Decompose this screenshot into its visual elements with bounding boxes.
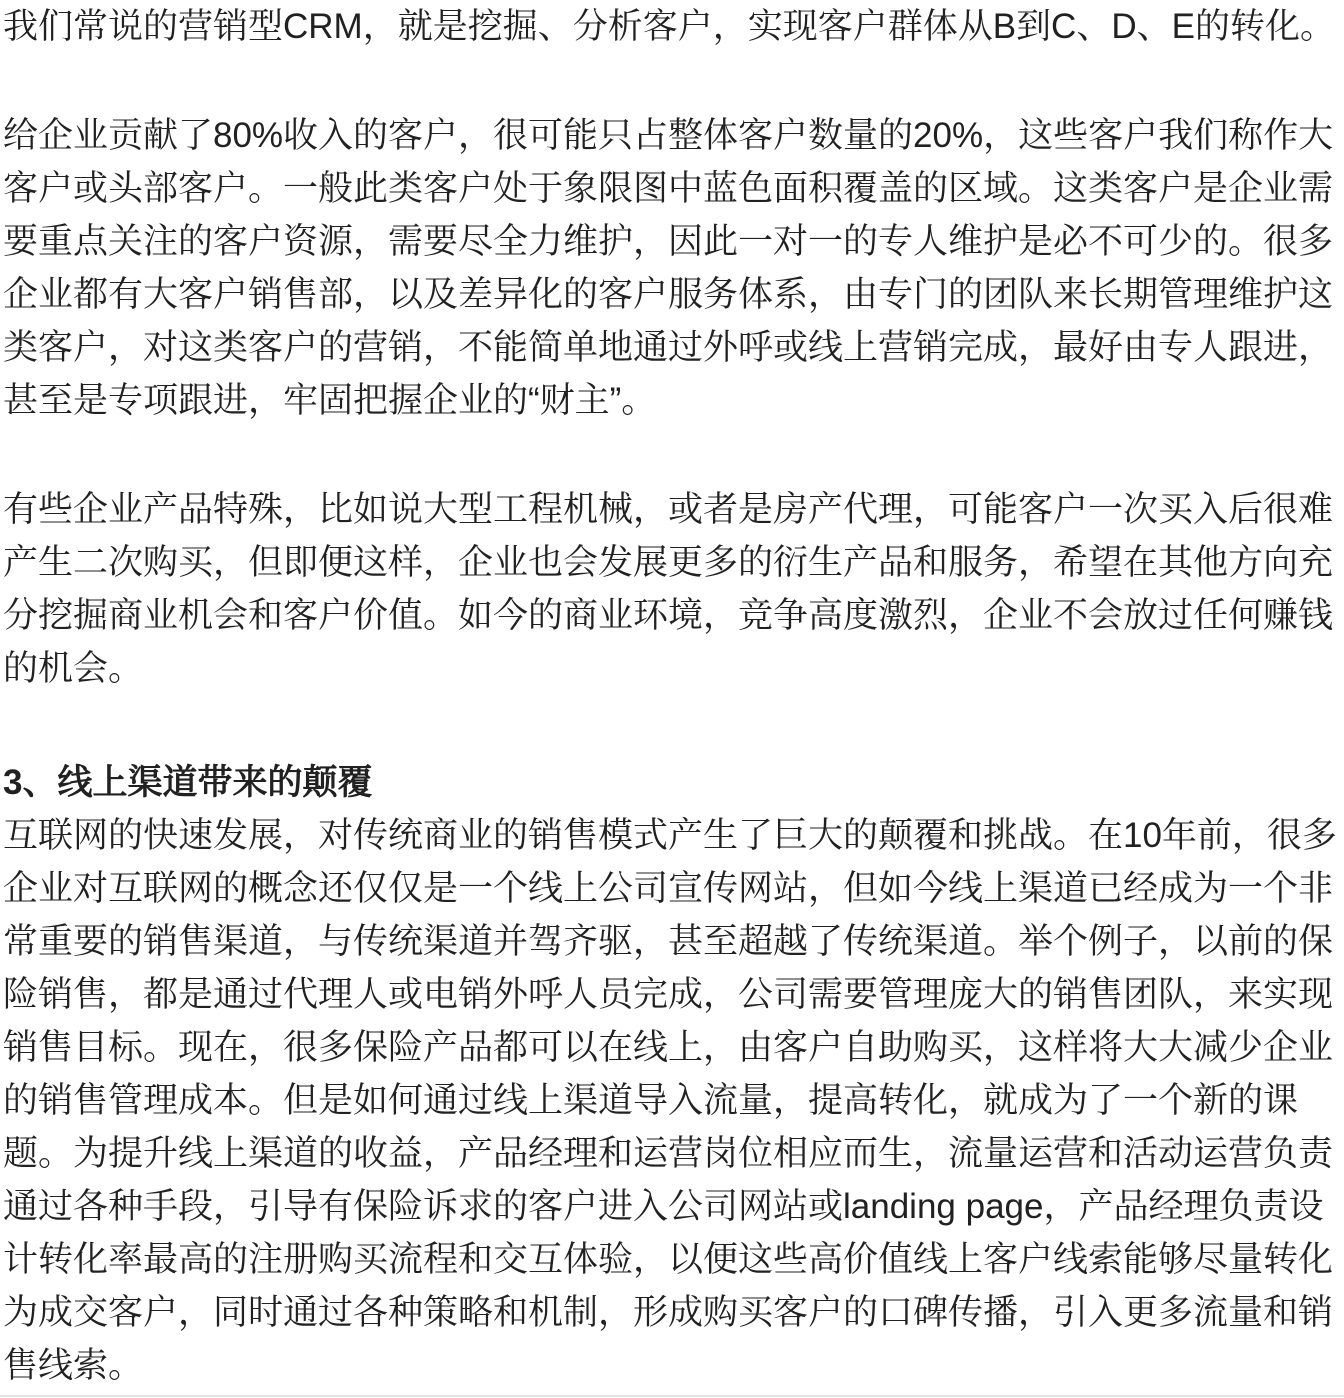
- text-line: 要重点关注的客户资源，需要尽全力维护，因此一对一的专人维护是必不可少的。很多: [3, 215, 1341, 268]
- text-line: 的机会。: [3, 642, 1341, 695]
- text-line: 计转化率最高的注册购买流程和交互体验，以便这些高价值线上客户线索能够尽量转化: [3, 1233, 1341, 1286]
- text-line: 类客户，对这类客户的营销，不能简单地通过外呼或线上营销完成，最好由专人跟进，: [3, 321, 1341, 374]
- paragraph: 有些企业产品特殊，比如说大型工程机械，或者是房产代理，可能客户一次买入后很难产生…: [3, 483, 1341, 695]
- text-line: 有些企业产品特殊，比如说大型工程机械，或者是房产代理，可能客户一次买入后很难: [3, 483, 1341, 536]
- text-line: 互联网的快速发展，对传统商业的销售模式产生了巨大的颠覆和挑战。在10年前，很多: [3, 809, 1341, 862]
- article-body: 我们常说的营销型CRM，就是挖掘、分析客户，实现客户群体从B到C、D、E的转化。…: [0, 0, 1344, 1392]
- paragraph: 我们常说的营销型CRM，就是挖掘、分析客户，实现客户群体从B到C、D、E的转化。: [3, 0, 1341, 53]
- text-line: 险销售，都是通过代理人或电销外呼人员完成，公司需要管理庞大的销售团队，来实现: [3, 968, 1341, 1021]
- text-line: 常重要的销售渠道，与传统渠道并驾齐驱，甚至超越了传统渠道。举个例子，以前的保: [3, 915, 1341, 968]
- text-line: 分挖掘商业机会和客户价值。如今的商业环境，竞争高度激烈，企业不会放过任何赚钱: [3, 589, 1341, 642]
- text-line: 我们常说的营销型CRM，就是挖掘、分析客户，实现客户群体从B到C、D、E的转化。: [3, 0, 1341, 53]
- text-line: 题。为提升线上渠道的收益，产品经理和运营岗位相应而生，流量运营和活动运营负责: [3, 1127, 1341, 1180]
- bottom-divider: [0, 1395, 1344, 1397]
- text-line: 企业都有大客户销售部，以及差异化的客户服务体系，由专门的团队来长期管理维护这: [3, 268, 1341, 321]
- paragraph: 给企业贡献了80%收入的客户，很可能只占整体客户数量的20%，这些客户我们称作大…: [3, 109, 1341, 427]
- section-heading: 3、线上渠道带来的颠覆: [3, 756, 1341, 809]
- text-line: 售线索。: [3, 1339, 1341, 1392]
- text-line: 企业对互联网的概念还仅仅是一个线上公司宣传网站，但如今线上渠道已经成为一个非: [3, 862, 1341, 915]
- text-line: 为成交客户，同时通过各种策略和机制，形成购买客户的口碑传播，引入更多流量和销: [3, 1286, 1341, 1339]
- paragraph: 互联网的快速发展，对传统商业的销售模式产生了巨大的颠覆和挑战。在10年前，很多企…: [3, 809, 1341, 1392]
- text-line: 产生二次购买，但即便这样，企业也会发展更多的衍生产品和服务，希望在其他方向充: [3, 536, 1341, 589]
- text-line: 的销售管理成本。但是如何通过线上渠道导入流量，提高转化，就成为了一个新的课: [3, 1074, 1341, 1127]
- text-line: 给企业贡献了80%收入的客户，很可能只占整体客户数量的20%，这些客户我们称作大: [3, 109, 1341, 162]
- text-line: 销售目标。现在，很多保险产品都可以在线上，由客户自助购买，这样将大大减少企业: [3, 1021, 1341, 1074]
- text-line: 客户或头部客户。一般此类客户处于象限图中蓝色面积覆盖的区域。这类客户是企业需: [3, 162, 1341, 215]
- text-line: 3、线上渠道带来的颠覆: [3, 756, 1341, 809]
- text-line: 通过各种手段，引导有保险诉求的客户进入公司网站或landing page，产品经…: [3, 1180, 1341, 1233]
- text-line: 甚至是专项跟进，牢固把握企业的“财主”。: [3, 374, 1341, 427]
